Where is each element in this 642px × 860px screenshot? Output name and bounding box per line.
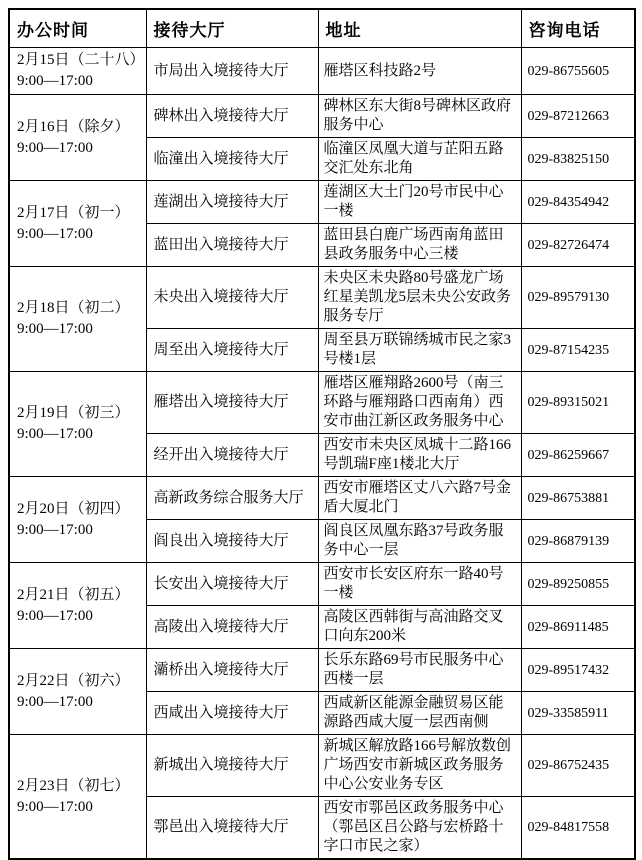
phone-cell: 029-83825150 [521,138,635,181]
table-row: 2月23日（初七） 9:00—17:00 新城出入境接待大厅 新城区解放路166… [9,735,635,797]
hall-cell: 高陵出入境接待大厅 [146,606,318,649]
header-address: 地址 [318,9,521,48]
hall-cell: 鄠邑出入境接待大厅 [146,797,318,860]
hours-text: 9:00—17:00 [17,224,142,245]
table-row: 2月19日（初三） 9:00—17:00 雁塔出入境接待大厅 雁塔区雁翔路260… [9,372,635,434]
date-cell: 2月15日（二十八） 9:00—17:00 [9,48,146,95]
address-cell: 雁塔区雁翔路2600号（南三环路与雁翔路口西南角）西安市曲江新区政务服务中心 [318,372,521,434]
header-office-hours: 办公时间 [9,9,146,48]
date-text: 2月18日（初二） [17,298,142,319]
phone-cell: 029-86755605 [521,48,635,95]
address-cell: 西安市鄠邑区政务服务中心（鄠邑区吕公路与宏桥路十字口市民之家） [318,797,521,860]
hall-cell: 高新政务综合服务大厅 [146,477,318,520]
hall-cell: 新城出入境接待大厅 [146,735,318,797]
address-cell: 雁塔区科技路2号 [318,48,521,95]
table-row: 2月22日（初六） 9:00—17:00 灞桥出入境接待大厅 长乐东路69号市民… [9,649,635,692]
phone-cell: 029-89250855 [521,563,635,606]
header-row: 办公时间 接待大厅 地址 咨询电话 [9,9,635,48]
hall-cell: 阎良出入境接待大厅 [146,520,318,563]
phone-cell: 029-89315021 [521,372,635,434]
phone-cell: 029-86753881 [521,477,635,520]
address-cell: 周至县万联锦绣城市民之家3号楼1层 [318,329,521,372]
date-cell: 2月19日（初三） 9:00—17:00 [9,372,146,477]
hours-text: 9:00—17:00 [17,692,142,713]
table-row: 2月21日（初五） 9:00—17:00 长安出入境接待大厅 西安市长安区府东一… [9,563,635,606]
date-text: 2月16日（除夕） [17,117,142,138]
hours-text: 9:00—17:00 [17,606,142,627]
address-cell: 西咸新区能源金融贸易区能源路西咸大厦一层西南侧 [318,692,521,735]
date-cell: 2月22日（初六） 9:00—17:00 [9,649,146,735]
phone-cell: 029-33585911 [521,692,635,735]
date-text: 2月19日（初三） [17,403,142,424]
date-cell: 2月20日（初四） 9:00—17:00 [9,477,146,563]
hours-text: 9:00—17:00 [17,319,142,340]
phone-cell: 029-86879139 [521,520,635,563]
address-cell: 临潼区凤凰大道与芷阳五路交汇处东北角 [318,138,521,181]
phone-cell: 029-86752435 [521,735,635,797]
table-row: 2月15日（二十八） 9:00—17:00 市局出入境接待大厅 雁塔区科技路2号… [9,48,635,95]
hall-cell: 长安出入境接待大厅 [146,563,318,606]
phone-cell: 029-84817558 [521,797,635,860]
date-text: 2月15日（二十八） [17,50,142,71]
address-cell: 阎良区凤凰东路37号政务服务中心一层 [318,520,521,563]
hall-cell: 碑林出入境接待大厅 [146,95,318,138]
phone-cell: 029-89517432 [521,649,635,692]
hours-text: 9:00—17:00 [17,520,142,541]
hall-cell: 未央出入境接待大厅 [146,267,318,329]
date-cell: 2月16日（除夕） 9:00—17:00 [9,95,146,181]
hours-text: 9:00—17:00 [17,138,142,159]
hours-text: 9:00—17:00 [17,424,142,445]
address-cell: 碑林区东大街8号碑林区政府服务中心 [318,95,521,138]
address-cell: 蓝田县白鹿广场西南角蓝田县政务服务中心三楼 [318,224,521,267]
address-cell: 长乐东路69号市民服务中心西楼一层 [318,649,521,692]
table-row: 2月16日（除夕） 9:00—17:00 碑林出入境接待大厅 碑林区东大街8号碑… [9,95,635,138]
hall-cell: 雁塔出入境接待大厅 [146,372,318,434]
header-reception-hall: 接待大厅 [146,9,318,48]
table-row: 2月18日（初二） 9:00—17:00 未央出入境接待大厅 未央区未央路80号… [9,267,635,329]
phone-cell: 029-84354942 [521,181,635,224]
date-text: 2月20日（初四） [17,499,142,520]
hours-text: 9:00—17:00 [17,71,142,92]
address-cell: 莲湖区大土门20号市民中心一楼 [318,181,521,224]
date-text: 2月23日（初七） [17,776,142,797]
address-cell: 新城区解放路166号解放数创广场西安市新城区政务服务中心公安业务专区 [318,735,521,797]
hall-cell: 临潼出入境接待大厅 [146,138,318,181]
phone-cell: 029-87212663 [521,95,635,138]
address-cell: 西安市未央区凤城十二路166号凯瑞F座1楼北大厅 [318,434,521,477]
table-row: 2月20日（初四） 9:00—17:00 高新政务综合服务大厅 西安市雁塔区丈八… [9,477,635,520]
hours-text: 9:00—17:00 [17,797,142,818]
date-text: 2月22日（初六） [17,671,142,692]
service-schedule-table: 办公时间 接待大厅 地址 咨询电话 2月15日（二十八） 9:00—17:00 … [8,8,636,860]
phone-cell: 029-89579130 [521,267,635,329]
header-phone: 咨询电话 [521,9,635,48]
hall-cell: 周至出入境接待大厅 [146,329,318,372]
phone-cell: 029-82726474 [521,224,635,267]
phone-cell: 029-87154235 [521,329,635,372]
date-text: 2月17日（初一） [17,203,142,224]
hall-cell: 蓝田出入境接待大厅 [146,224,318,267]
document-page: 办公时间 接待大厅 地址 咨询电话 2月15日（二十八） 9:00—17:00 … [0,0,642,799]
address-cell: 西安市雁塔区丈八六路7号金盾大厦北门 [318,477,521,520]
hall-cell: 西咸出入境接待大厅 [146,692,318,735]
date-text: 2月21日（初五） [17,585,142,606]
hall-cell: 灞桥出入境接待大厅 [146,649,318,692]
phone-cell: 029-86911485 [521,606,635,649]
date-cell: 2月23日（初七） 9:00—17:00 [9,735,146,860]
date-cell: 2月17日（初一） 9:00—17:00 [9,181,146,267]
address-cell: 高陵区西韩街与高油路交叉口向东200米 [318,606,521,649]
hall-cell: 经开出入境接待大厅 [146,434,318,477]
hall-cell: 莲湖出入境接待大厅 [146,181,318,224]
date-cell: 2月18日（初二） 9:00—17:00 [9,267,146,372]
table-row: 2月17日（初一） 9:00—17:00 莲湖出入境接待大厅 莲湖区大土门20号… [9,181,635,224]
address-cell: 西安市长安区府东一路40号一楼 [318,563,521,606]
date-cell: 2月21日（初五） 9:00—17:00 [9,563,146,649]
hall-cell: 市局出入境接待大厅 [146,48,318,95]
address-cell: 未央区未央路80号盛龙广场红星美凯龙5层未央公安政务服务专厅 [318,267,521,329]
phone-cell: 029-86259667 [521,434,635,477]
